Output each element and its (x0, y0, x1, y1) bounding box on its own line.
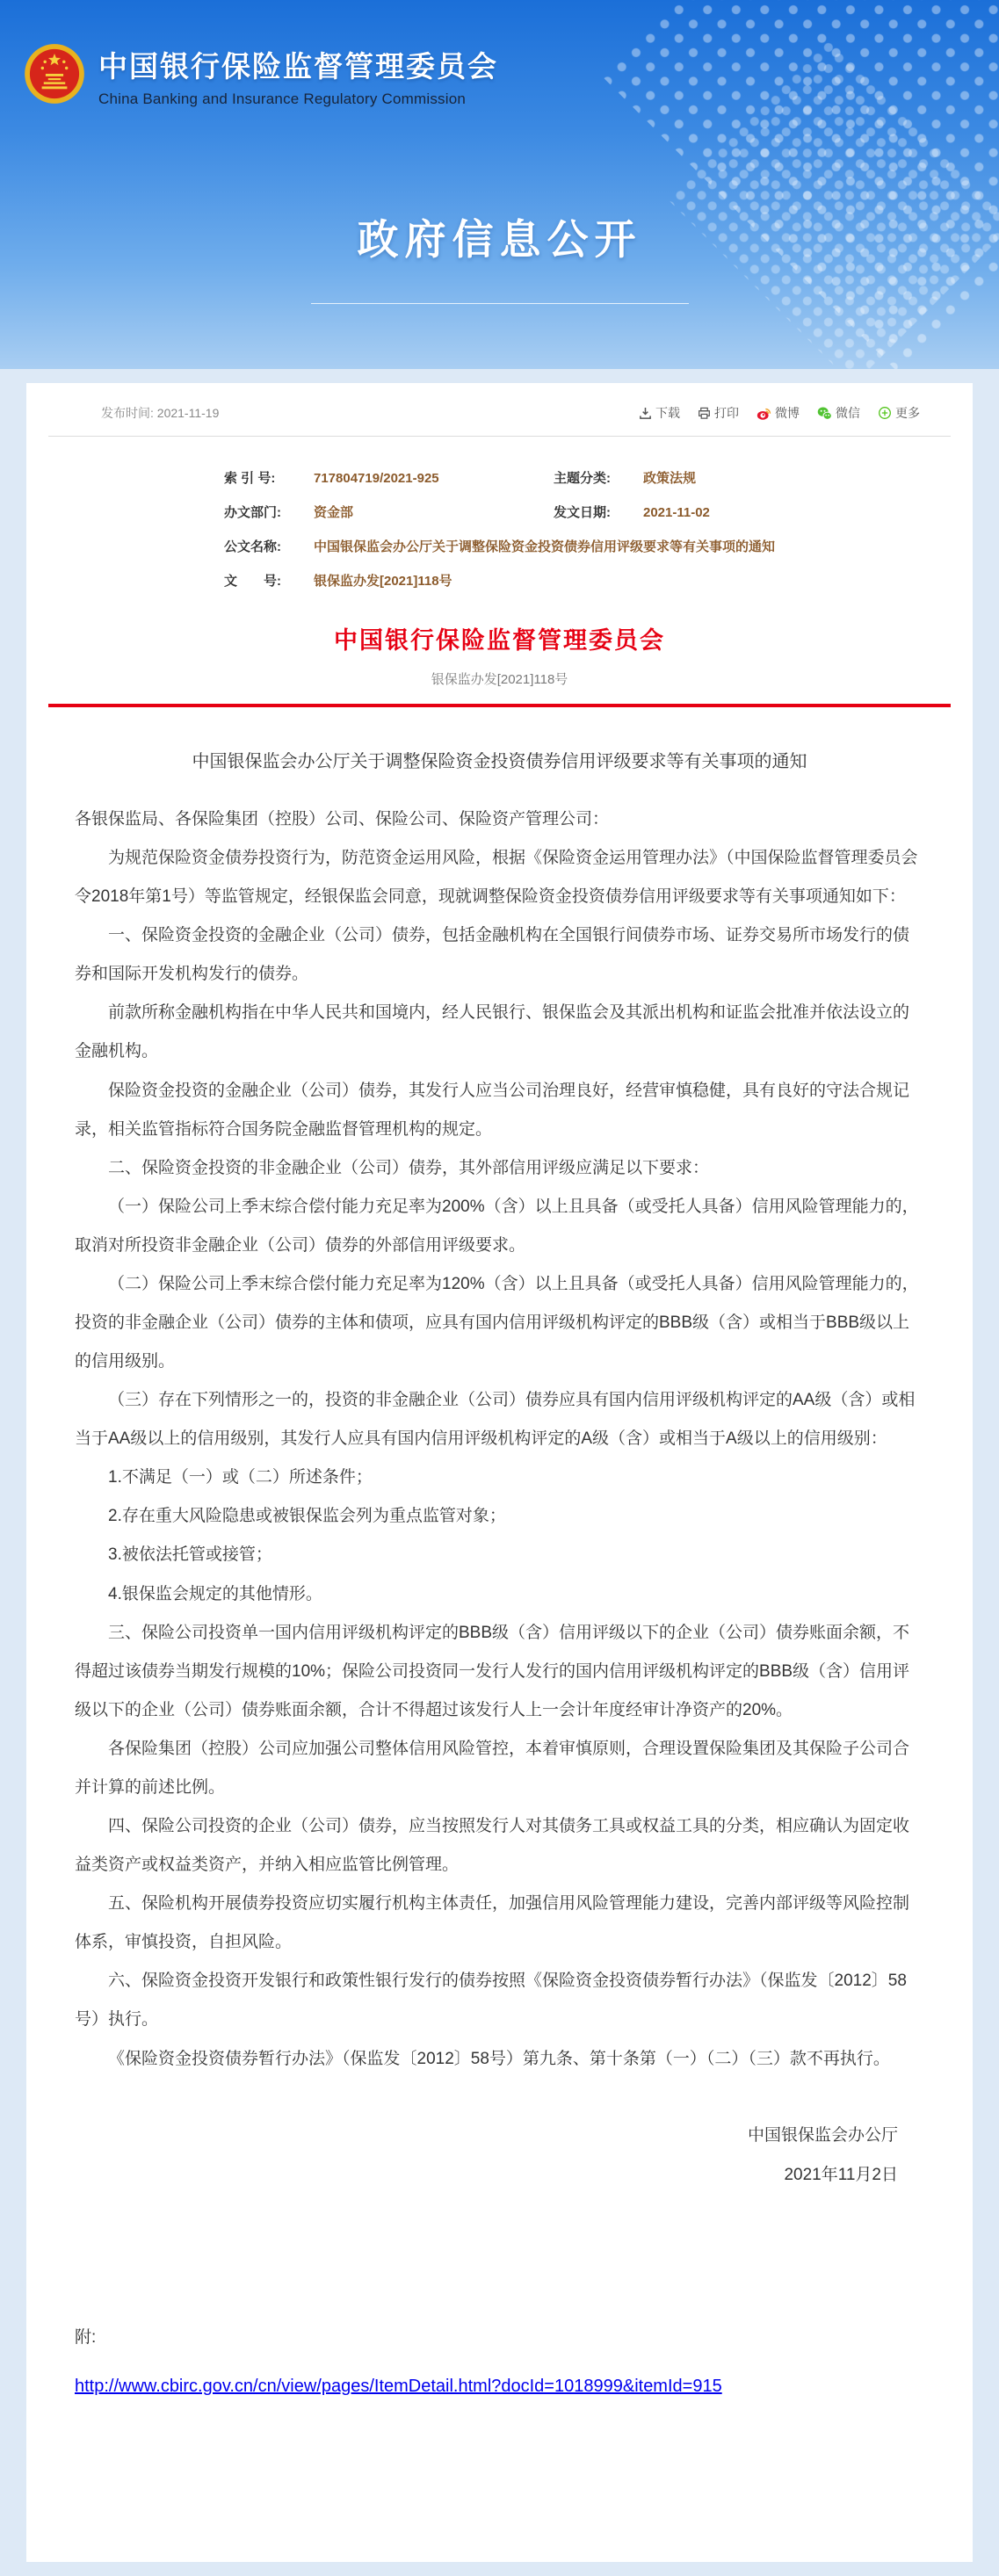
doc-list-item: 2.存在重大风险隐患或被银保监会列为重点监管对象； (75, 1497, 924, 1536)
meta-label-topic: 主题分类: (554, 461, 634, 496)
letterhead-red-rule (48, 704, 951, 707)
brand-text: 中国银行保险监督管理委员会 China Banking and Insuranc… (98, 42, 498, 108)
doc-paragraph: 二、保险资金投资的非金融企业（公司）债券，其外部信用评级应满足以下要求： (75, 1149, 924, 1188)
publish-time-label: 发布时间: (101, 406, 154, 420)
toolbar-divider (48, 436, 951, 437)
meta-row: 索 引 号: 717804719/2021-925 主题分类: 政策法规 (224, 461, 973, 496)
meta-value-doc-number: 银保监办发[2021]118号 (314, 564, 452, 598)
more-label: 更多 (895, 404, 920, 422)
meta-label-issue-date: 发文日期: (554, 496, 634, 530)
meta-value-doc-name: 中国银保监会办公厅关于调整保险资金投资债券信用评级要求等有关事项的通知 (314, 530, 775, 564)
download-label: 下载 (655, 404, 680, 422)
attachment-link[interactable]: http://www.cbirc.gov.cn/cn/view/pages/It… (75, 2361, 722, 2412)
print-button[interactable]: 打印 (698, 404, 739, 422)
doc-paragraph: 为规范保险资金债券投资行为，防范资金运用风险，根据《保险资金运用管理办法》（中国… (75, 839, 924, 916)
doc-paragraph: （二）保险公司上季末综合偿付能力充足率为120%（含）以上且具备（或受托人具备）… (75, 1265, 924, 1381)
org-name-cn: 中国银行保险监督管理委员会 (98, 44, 498, 85)
wechat-share-button[interactable]: 微信 (817, 404, 860, 422)
print-icon (698, 407, 711, 420)
letterhead: 中国银行保险监督管理委员会 银保监办发[2021]118号 (26, 621, 973, 707)
download-icon (639, 407, 652, 420)
national-emblem-icon (23, 42, 86, 105)
card-toolbar: 发布时间: 2021-11-19 下载 打印 (26, 399, 973, 422)
print-label: 打印 (714, 404, 739, 422)
signature-date: 2021年11月2日 (75, 2155, 898, 2196)
signature-block: 中国银保监会办公厅 2021年11月2日 (75, 2116, 924, 2196)
meta-value-index: 717804719/2021-925 (314, 461, 439, 496)
wechat-icon (817, 406, 832, 421)
document-body: 中国银保监会办公厅关于调整保险资金投资债券信用评级要求等有关事项的通知 各银保监… (26, 748, 973, 2412)
meta-value-issue-date: 2021-11-02 (643, 496, 710, 530)
page-banner: 政府信息公开 (0, 207, 999, 304)
attachment-block: 附: http://www.cbirc.gov.cn/cn/view/pages… (75, 2319, 924, 2412)
download-button[interactable]: 下载 (639, 404, 680, 422)
meta-row: 文 号: 银保监办发[2021]118号 (224, 564, 973, 598)
doc-paragraph: 一、保险资金投资的金融企业（公司）债券，包括金融机构在全国银行间债券市场、证券交… (75, 916, 924, 994)
weibo-label: 微博 (775, 404, 800, 422)
doc-list-item: 1.不满足（一）或（二）所述条件； (75, 1458, 924, 1497)
doc-paragraph: 前款所称金融机构指在中华人民共和国境内，经人民银行、银保监会及其派出机构和证监会… (75, 994, 924, 1071)
wechat-label: 微信 (836, 404, 860, 422)
salutation: 各银保监局、各保险集团（控股）公司、保险公司、保险资产管理公司： (75, 800, 924, 839)
doc-paragraph: 各保险集团（控股）公司应加强公司整体信用风险管控，本着审慎原则，合理设置保险集团… (75, 1730, 924, 1807)
letterhead-issuer: 中国银行保险监督管理委员会 (26, 621, 973, 655)
publish-time: 发布时间: 2021-11-19 (101, 404, 219, 422)
page: 中国银行保险监督管理委员会 China Banking and Insuranc… (0, 0, 999, 2562)
meta-label-doc-number: 文 号: (224, 564, 305, 598)
share-toolbar: 下载 打印 (639, 404, 920, 422)
doc-paragraph: 《保险资金投资债券暂行办法》（保监发〔2012〕58号）第九条、第十条第（一）（… (75, 2040, 924, 2079)
weibo-share-button[interactable]: 微博 (756, 404, 800, 422)
meta-label-doc-name: 公文名称: (224, 530, 305, 564)
publish-time-value: 2021-11-19 (157, 406, 220, 420)
signature-issuer: 中国银保监会办公厅 (75, 2116, 898, 2156)
org-name-en: China Banking and Insurance Regulatory C… (98, 90, 498, 108)
doc-paragraph: （一）保险公司上季末综合偿付能力充足率为200%（含）以上且具备（或受托人具备）… (75, 1188, 924, 1265)
doc-list-item: 3.被依法托管或接管； (75, 1536, 924, 1574)
meta-label-department: 办文部门: (224, 496, 305, 530)
doc-paragraph: 五、保险机构开展债券投资应切实履行机构主体责任，加强信用风险管理能力建设，完善内… (75, 1885, 924, 1962)
doc-paragraph: 四、保险公司投资的企业（公司）债券，应当按照发行人对其债务工具或权益工具的分类，… (75, 1807, 924, 1885)
meta-value-department: 资金部 (314, 496, 353, 530)
page-title: 政府信息公开 (0, 207, 999, 266)
more-share-button[interactable]: 更多 (878, 404, 920, 422)
banner-underline (311, 303, 689, 304)
weibo-icon (756, 406, 771, 421)
meta-value-topic: 政策法规 (643, 461, 696, 496)
doc-paragraph: （三）存在下列情形之一的，投资的非金融企业（公司）债券应具有国内信用评级机构评定… (75, 1381, 924, 1458)
more-icon (878, 406, 892, 420)
site-brand: 中国银行保险监督管理委员会 China Banking and Insuranc… (23, 42, 498, 108)
content-card: 发布时间: 2021-11-19 下载 打印 (26, 383, 973, 2562)
doc-paragraph: 六、保险资金投资开发银行和政策性银行发行的债券按照《保险资金投资债券暂行办法》（… (75, 1962, 924, 2039)
doc-list-item: 4.银保监会规定的其他情形。 (75, 1575, 924, 1614)
doc-paragraph: 保险资金投资的金融企业（公司）债券，其发行人应当公司治理良好，经营审慎稳健，具有… (75, 1072, 924, 1149)
letterhead-doc-number: 银保监办发[2021]118号 (26, 669, 973, 688)
attachment-label: 附: (75, 2319, 924, 2357)
meta-row: 办文部门: 资金部 发文日期: 2021-11-02 (224, 496, 973, 530)
site-header: 中国银行保险监督管理委员会 China Banking and Insuranc… (0, 0, 999, 369)
document-title: 中国银保监会办公厅关于调整保险资金投资债券信用评级要求等有关事项的通知 (75, 748, 924, 776)
doc-paragraph: 三、保险公司投资单一国内信用评级机构评定的BBB级（含）信用评级以下的企业（公司… (75, 1614, 924, 1730)
meta-label-index: 索 引 号: (224, 461, 305, 496)
meta-row: 公文名称: 中国银保监会办公厅关于调整保险资金投资债券信用评级要求等有关事项的通… (224, 530, 973, 564)
document-metadata: 索 引 号: 717804719/2021-925 主题分类: 政策法规 办文部… (224, 461, 973, 598)
